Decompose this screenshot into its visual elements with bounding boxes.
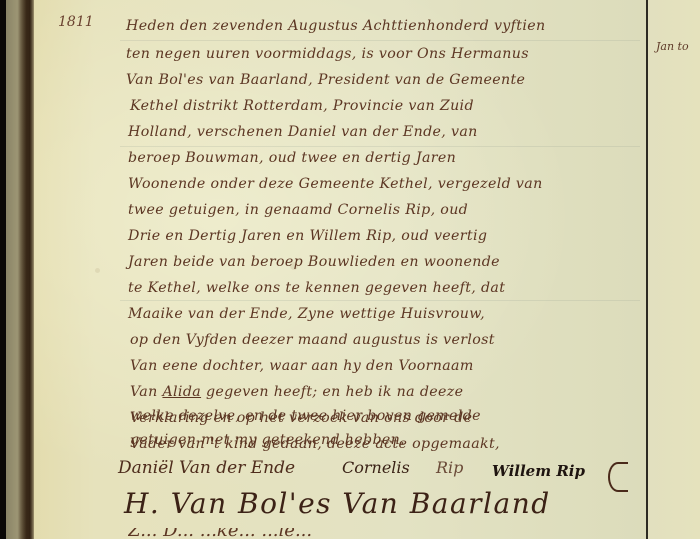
body-line: Van eene dochter, waar aan hy den Voorna… (130, 358, 474, 374)
body-line: Drie en Dertig Jaren en Willem Rip, oud … (128, 228, 487, 244)
body-line-with-child-name: Van Alida gegeven heeft; en heb ik na de… (130, 384, 463, 400)
body-line: Van Bol'es van Baarland, President van d… (126, 72, 525, 88)
paper-stain (95, 268, 100, 273)
body-line: welke dezelve, en de twee hier boven gem… (130, 408, 481, 424)
cut-off-next-entry: Z... D... ...ke... ...ie... (128, 528, 588, 539)
partial-text: Z... D... ...ke... ...ie... (128, 528, 312, 539)
scanned-document-page: 1811 Jan to Heden den zevenden Augustus … (0, 0, 700, 539)
right-margin-note: Jan to (656, 40, 689, 53)
faint-rule-line (120, 146, 640, 147)
signature-witness-2: Willem Rip (492, 462, 585, 480)
body-line-closing: getuigen met my geteekend hebben. (130, 432, 405, 448)
body-line: te Kethel, welke ons te kennen gegeven h… (128, 280, 505, 296)
faint-rule-line (120, 40, 640, 41)
body-line: Kethel distrikt Rotterdam, Provincie van… (130, 98, 474, 114)
signature-witness-1-first: Cornelis (342, 458, 410, 477)
body-line: ten negen uuren voormiddags, is voor Ons… (126, 46, 529, 62)
signature-witness-1-last: Rip (436, 458, 463, 477)
gutter-shadow (18, 0, 34, 539)
signature-flourish (608, 462, 628, 492)
body-line: op den Vyfden deezer maand augustus is v… (130, 332, 495, 348)
body-line: Heden den zevenden Augustus Achttienhond… (126, 18, 545, 34)
body-line: Jaren beide van beroep Bouwlieden en woo… (128, 254, 500, 270)
right-margin (648, 0, 700, 539)
signature-official: H. Van Bol'es Van Baarland (124, 487, 551, 520)
child-name-underlined: Alida (162, 384, 201, 400)
margin-year: 1811 (58, 14, 94, 30)
body-line: Maaike van der Ende, Zyne wettige Huisvr… (128, 306, 485, 322)
body-line: beroep Bouwman, oud twee en dertig Jaren (128, 150, 456, 166)
faint-rule-line (120, 300, 640, 301)
body-line: Woonende onder deze Gemeente Kethel, ver… (128, 176, 543, 192)
signature-father: Daniël Van der Ende (118, 458, 295, 478)
body-line: twee getuigen, in genaamd Cornelis Rip, … (128, 202, 468, 218)
body-line: Holland, verschenen Daniel van der Ende,… (128, 124, 478, 140)
